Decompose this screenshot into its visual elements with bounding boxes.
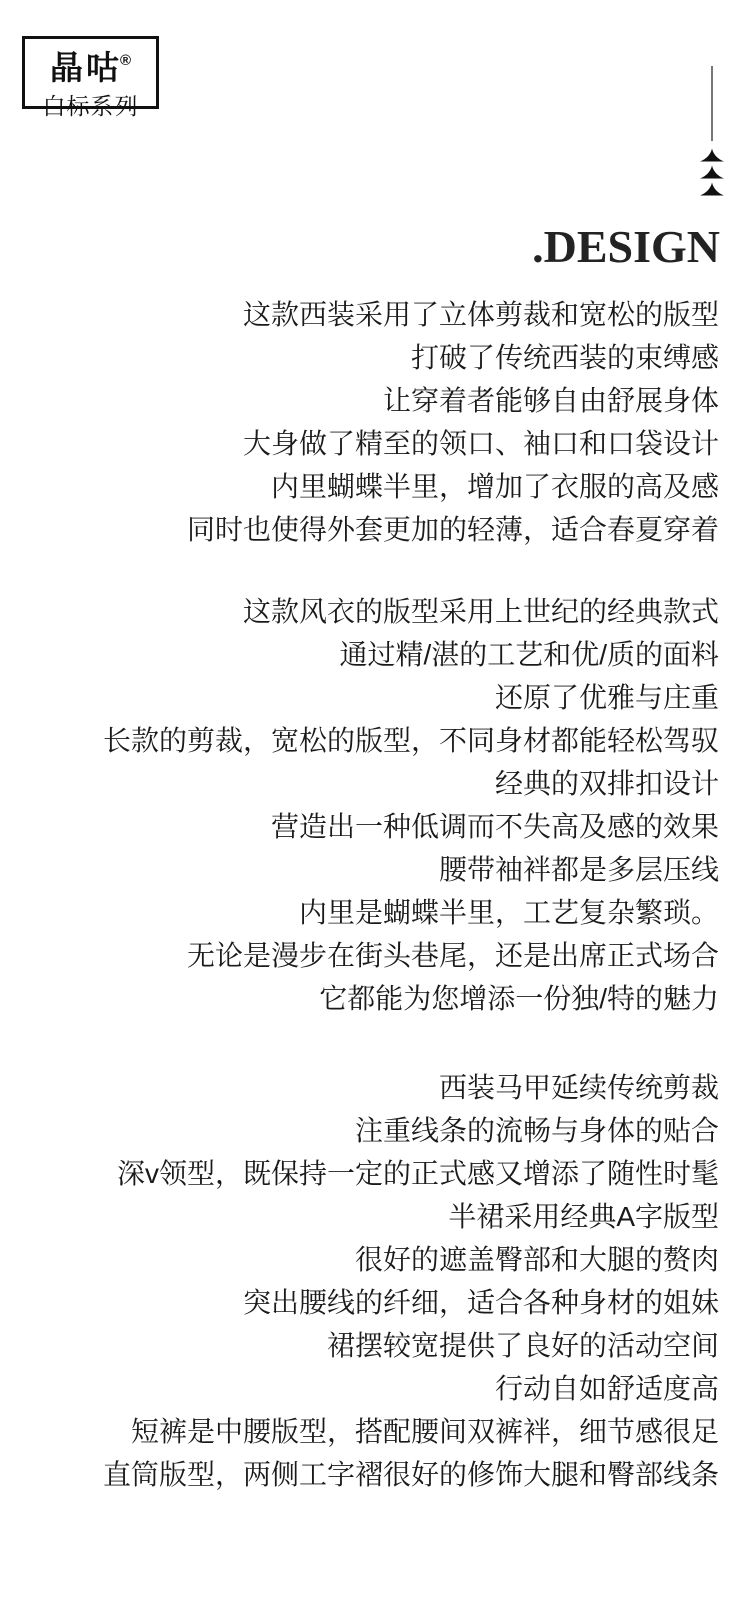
description-line: 裙摆较宽提供了良好的活动空间 — [103, 1324, 719, 1367]
description-line: 这款风衣的版型采用上世纪的经典款式 — [103, 590, 719, 633]
section-title: .DESIGN — [532, 220, 720, 273]
description-line: 同时也使得外套更加的轻薄，适合春夏穿着 — [187, 508, 719, 551]
description-line: 让穿着者能够自由舒展身体 — [187, 379, 719, 422]
description-line: 大身做了精至的领口、袖口和口袋设计 — [187, 422, 719, 465]
description-line: 通过精/湛的工艺和优/质的面料 — [103, 633, 719, 676]
description-line: 它都能为您增添一份独/特的魅力 — [103, 977, 719, 1020]
description-line: 短裤是中腰版型，搭配腰间双裤袢，细节感很足 — [103, 1410, 719, 1453]
vertical-line-decoration — [711, 66, 713, 141]
description-line: 长款的剪裁，宽松的版型，不同身材都能轻松驾驭 — [103, 719, 719, 762]
description-line: 营造出一种低调而不失高及感的效果 — [103, 805, 719, 848]
triple-arrow-icon — [699, 148, 725, 198]
brand-series-label: 白标系列 — [25, 93, 156, 119]
product-description-page: 晶咕® 白标系列 .DESIGN 这款西装采用了立体剪裁和宽松的版型 打破了传统… — [0, 0, 750, 1603]
description-line: 还原了优雅与庄重 — [103, 676, 719, 719]
description-paragraph-3: 西装马甲延续传统剪裁 注重线条的流畅与身体的贴合 深v领型，既保持一定的正式感又… — [103, 1066, 719, 1496]
brand-name: 晶咕 — [50, 49, 122, 86]
description-line: 深v领型，既保持一定的正式感又增添了随性时髦 — [103, 1152, 719, 1195]
description-line: 注重线条的流畅与身体的贴合 — [103, 1109, 719, 1152]
description-line: 腰带袖袢都是多层压线 — [103, 848, 719, 891]
description-line: 直筒版型，两侧工字褶很好的修饰大腿和臀部线条 — [103, 1453, 719, 1496]
description-line: 突出腰线的纤细，适合各种身材的姐妹 — [103, 1281, 719, 1324]
description-paragraph-1: 这款西装采用了立体剪裁和宽松的版型 打破了传统西装的束缚感 让穿着者能够自由舒展… — [187, 293, 719, 551]
brand-logo-box: 晶咕® 白标系列 — [22, 36, 159, 109]
brand-name-row: 晶咕® — [25, 43, 156, 93]
description-line: 经典的双排扣设计 — [103, 762, 719, 805]
description-line: 内里蝴蝶半里，增加了衣服的高及感 — [187, 465, 719, 508]
description-line: 半裙采用经典A字版型 — [103, 1195, 719, 1238]
description-paragraph-2: 这款风衣的版型采用上世纪的经典款式 通过精/湛的工艺和优/质的面料 还原了优雅与… — [103, 590, 719, 1020]
description-line: 很好的遮盖臀部和大腿的赘肉 — [103, 1238, 719, 1281]
description-line: 无论是漫步在街头巷尾，还是出席正式场合 — [103, 934, 719, 977]
description-line: 打破了传统西装的束缚感 — [187, 336, 719, 379]
description-line: 内里是蝴蝶半里，工艺复杂繁琐。 — [103, 891, 719, 934]
description-line: 行动自如舒适度高 — [103, 1367, 719, 1410]
description-line: 西装马甲延续传统剪裁 — [103, 1066, 719, 1109]
description-line: 这款西装采用了立体剪裁和宽松的版型 — [187, 293, 719, 336]
registered-trademark-icon: ® — [120, 52, 131, 69]
